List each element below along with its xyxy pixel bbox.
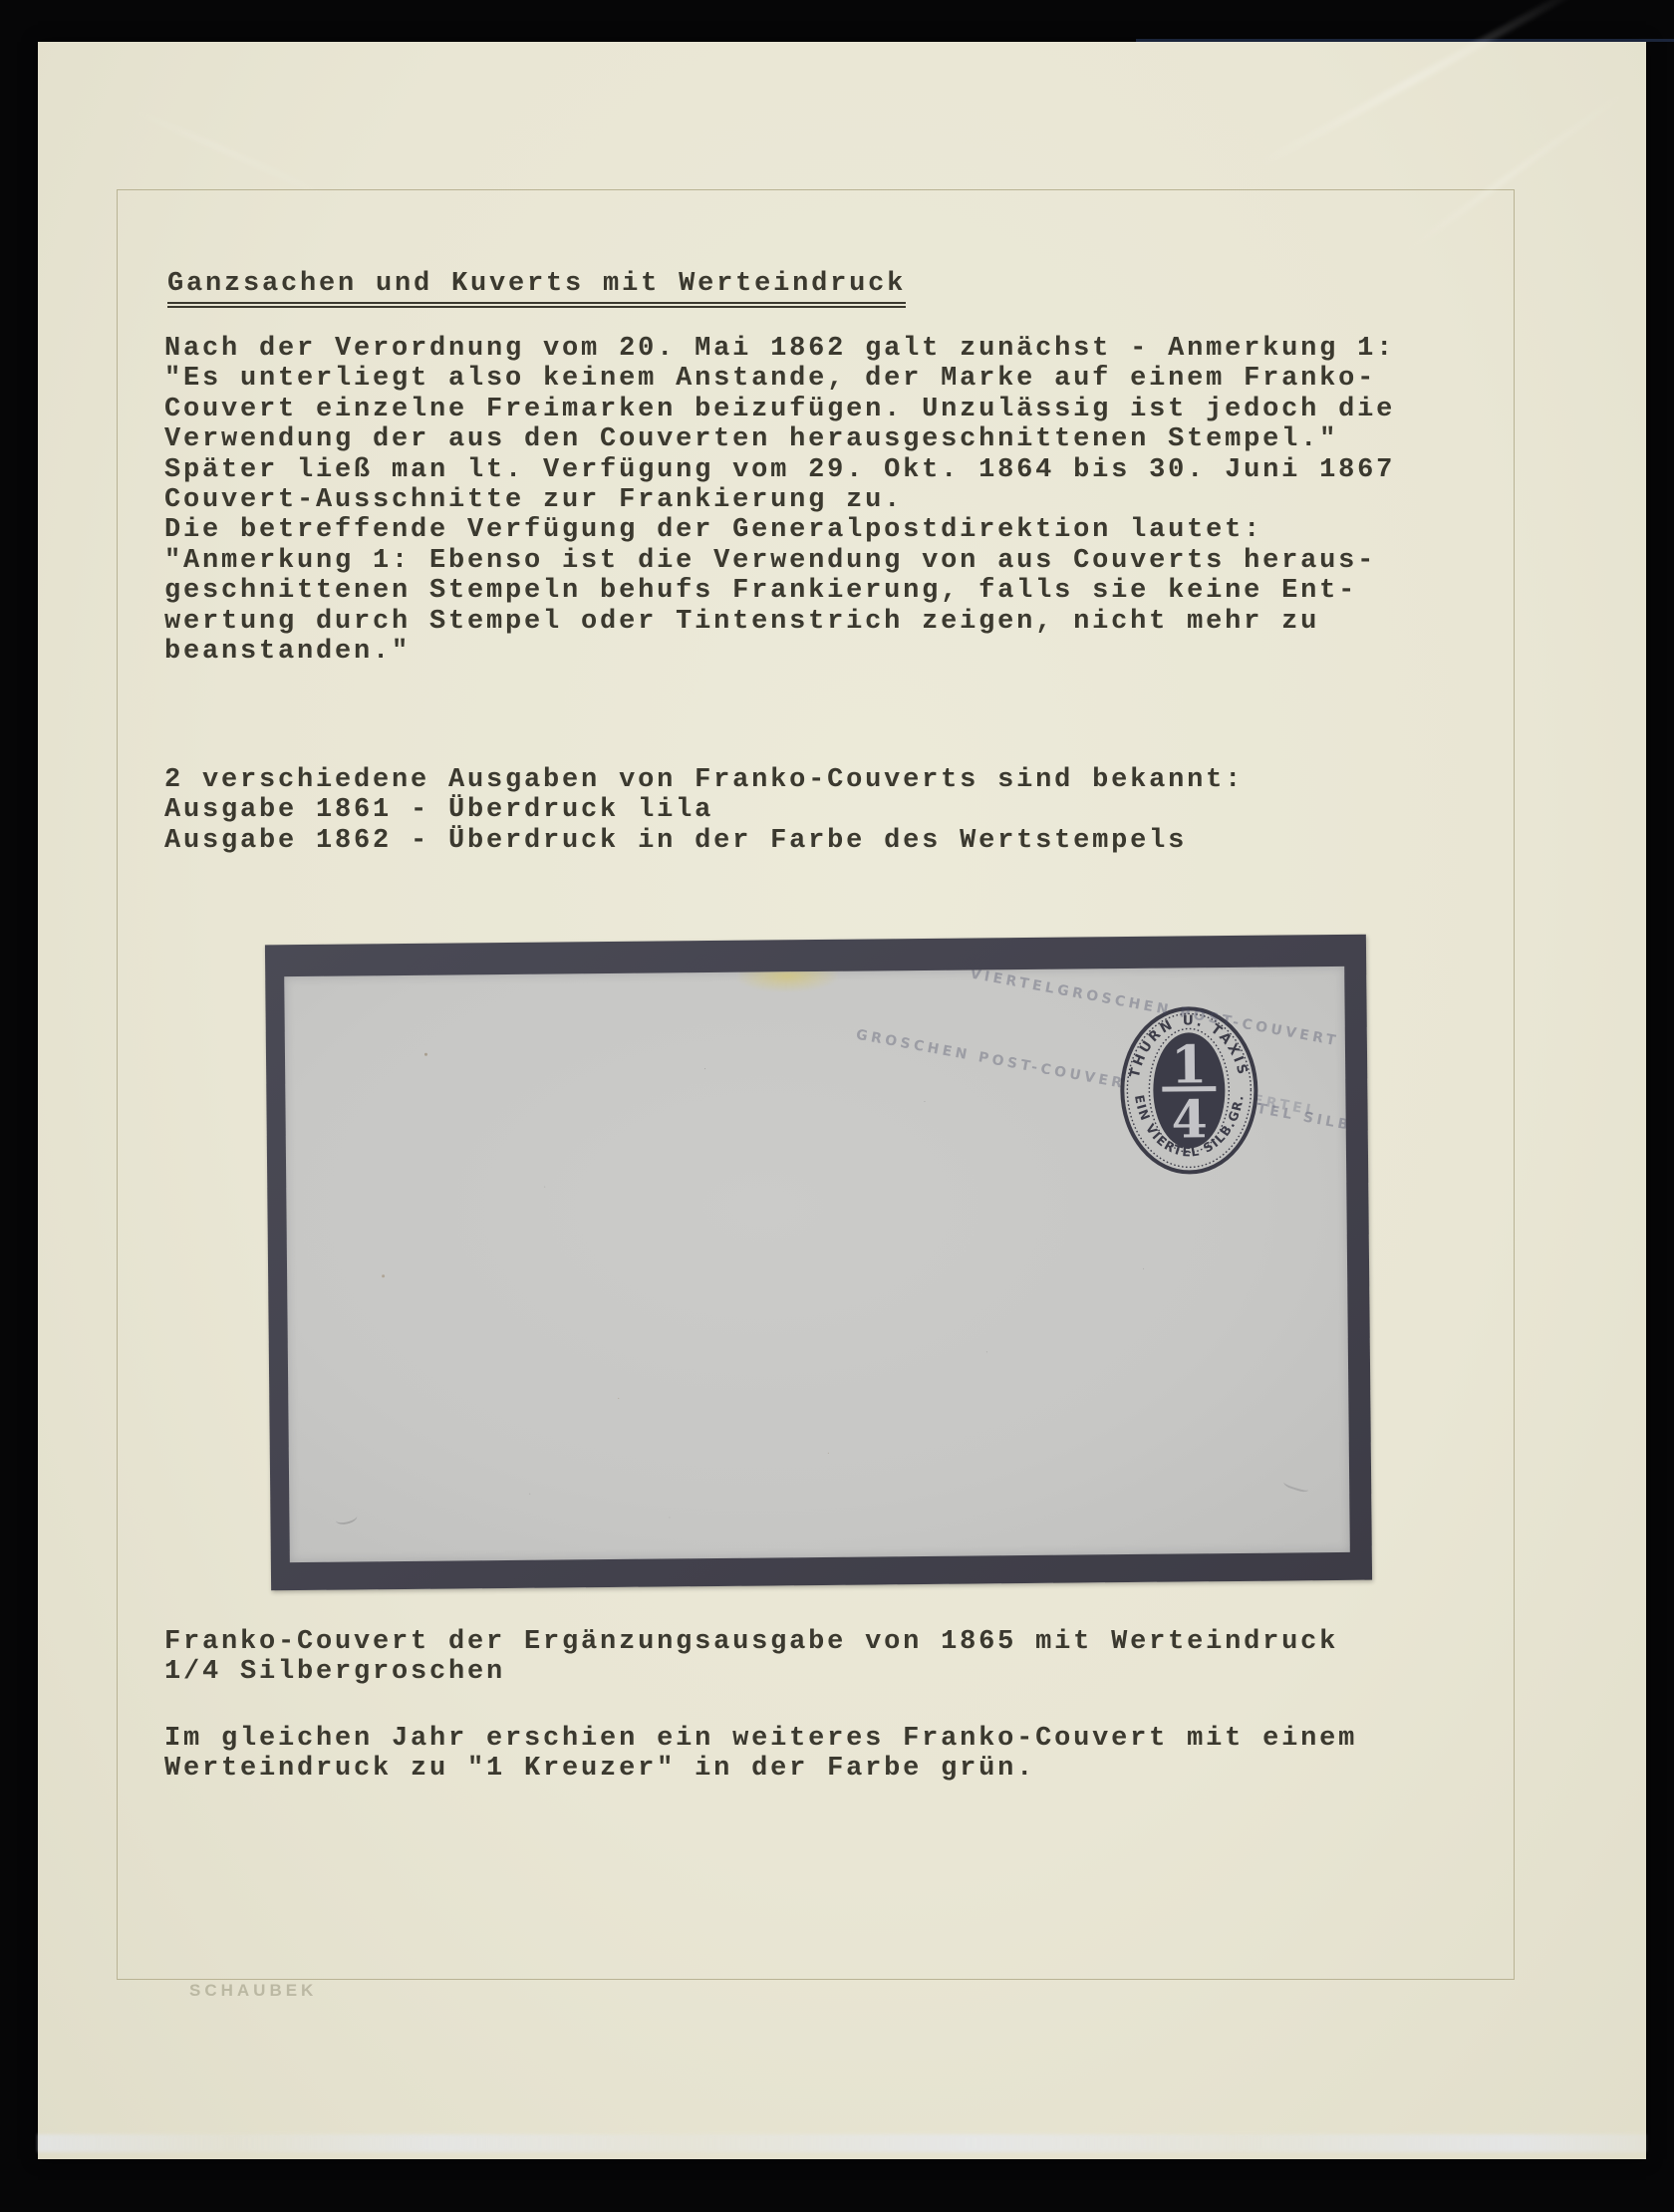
scanned-album-page: Ganzsachen und Kuverts mit Werteindruck … [0, 0, 1674, 2212]
envelope-mount-mat: GROSCHEN POST-COUVERT · EIN VIERTEL SILB… [265, 935, 1372, 1591]
text-line: Nach der Verordnung vom 20. Mai 1862 gal… [164, 334, 1395, 364]
text-line: Couvert einzelne Freimarken beizufügen. … [164, 395, 1395, 424]
stamp-denominator: 4 [1171, 1089, 1208, 1150]
text-line: Couvert-Ausschnitte zur Frankierung zu. [164, 485, 1395, 515]
franko-couvert-envelope: GROSCHEN POST-COUVERT · EIN VIERTEL SILB… [284, 967, 1350, 1562]
pencil-mark [334, 1510, 358, 1525]
text-line: "Es unterliegt also keinem Anstande, der… [164, 364, 1395, 394]
text-line: Später ließ man lt. Verfügung vom 29. Ok… [164, 455, 1395, 485]
overprint-text: GROSCHEN POST-COUVERT · EIN VIERTEL SILB [855, 1027, 1350, 1134]
tape-stain [737, 967, 837, 992]
page-title: Ganzsachen und Kuverts mit Werteindruck [167, 269, 906, 304]
text-line: Im gleichen Jahr erschien ein weiteres F… [164, 1724, 1357, 1754]
caption-paragraph: Franko-Couvert der Ergänzungsausgabe von… [164, 1627, 1338, 1688]
text-line: Verwendung der aus den Couverten herausg… [164, 424, 1395, 454]
text-line: 2 verschiedene Ausgaben von Franko-Couve… [164, 765, 1244, 795]
text-line: 1/4 Silbergroschen [164, 1657, 1338, 1687]
album-page: Ganzsachen und Kuverts mit Werteindruck … [38, 42, 1646, 2159]
text-line: "Anmerkung 1: Ebenso ist die Verwendung … [164, 546, 1395, 576]
intro-paragraph: Nach der Verordnung vom 20. Mai 1862 gal… [164, 334, 1395, 667]
text-line: Ausgabe 1861 - Überdruck lila [164, 795, 1244, 825]
issues-paragraph: 2 verschiedene Ausgaben von Franko-Couve… [164, 765, 1244, 856]
schaubek-watermark: SCHAUBEK [189, 1981, 317, 2001]
text-line: Franko-Couvert der Ergänzungsausgabe von… [164, 1627, 1338, 1657]
foxing-specks [284, 976, 287, 979]
pencil-mark [1282, 1477, 1310, 1494]
text-line: Ausgabe 1862 - Überdruck in der Farbe de… [164, 826, 1244, 856]
text-line: wertung durch Stempel oder Tintenstrich … [164, 607, 1395, 637]
text-line: beanstanden." [164, 637, 1395, 667]
text-line: Werteindruck zu "1 Kreuzer" in der Farbe… [164, 1754, 1357, 1784]
text-line: geschnittenen Stempeln behufs Frankierun… [164, 576, 1395, 606]
text-line: Die betreffende Verfügung der Generalpos… [164, 515, 1395, 545]
caption-paragraph: Im gleichen Jahr erschien ein weiteres F… [164, 1724, 1357, 1785]
